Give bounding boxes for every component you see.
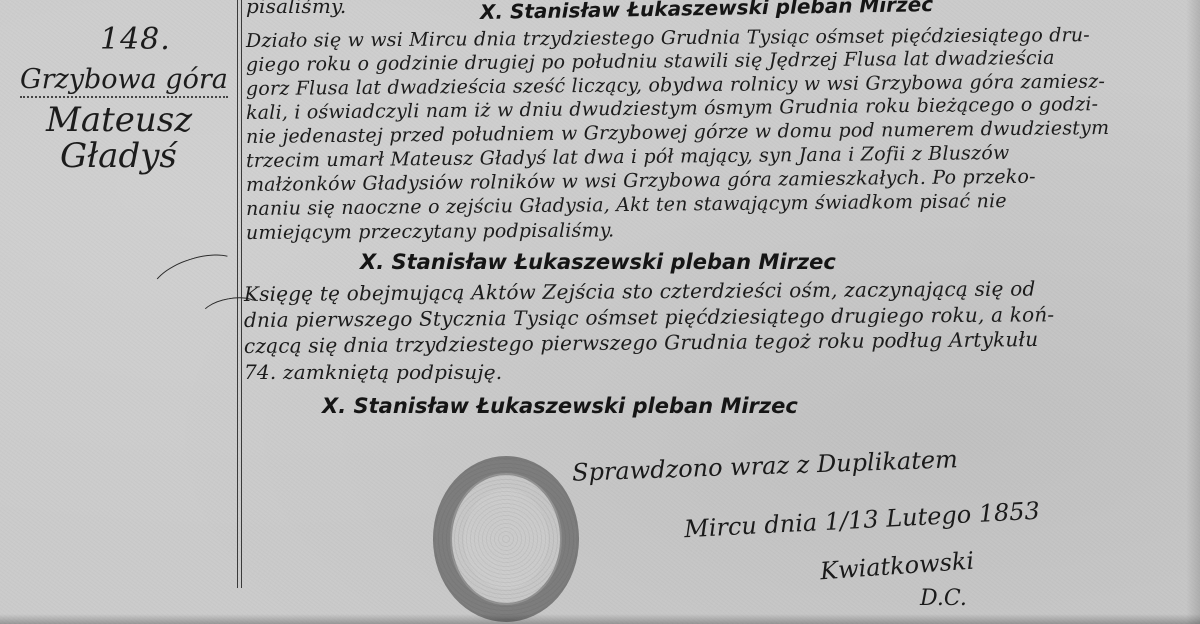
- document-page: pisaliśmy. X. Stanisław Łukaszewski pleb…: [0, 0, 1200, 624]
- deceased-last-name: Gładyś: [60, 136, 177, 176]
- page-edge-shadow: [1186, 0, 1200, 624]
- attestation-signature-suffix: D.C.: [920, 586, 967, 611]
- attestation-date: Mircu dnia 1/13 Lutego 1853: [684, 497, 1041, 544]
- margin-rule-right: [241, 0, 242, 588]
- previous-entry-tail: pisaliśmy.: [246, 0, 346, 18]
- closing-line: czącą się dnia trzydziestego pierwszego …: [244, 327, 1038, 358]
- closing-line: Księgę tę obejmującą Aktów Zejścia sto c…: [244, 276, 1036, 306]
- record-line: umiejącym przeczytany podpisaliśmy.: [246, 219, 614, 244]
- page-bottom-shadow: [0, 614, 1200, 624]
- parish-seal-stamp: [433, 456, 579, 622]
- deceased-first-name: Mateusz: [46, 100, 192, 140]
- stamp-center: [464, 489, 548, 589]
- previous-entry-signature: X. Stanisław Łukaszewski pleban Mirzec: [480, 0, 934, 24]
- entry-number: 148.: [100, 22, 171, 57]
- village-name: Grzybowa góra: [20, 64, 228, 98]
- closing-line: 74. zamkniętą podpisuję.: [244, 360, 502, 384]
- margin-rule-left: [237, 0, 238, 588]
- record-signature: X. Stanisław Łukaszewski pleban Mirzec: [360, 250, 836, 274]
- attestation-verified: Sprawdzono wraz z Duplikatem: [572, 445, 959, 486]
- closing-signature: X. Stanisław Łukaszewski pleban Mirzec: [322, 394, 798, 418]
- attestation-signature: Kwiatkowski: [819, 547, 975, 586]
